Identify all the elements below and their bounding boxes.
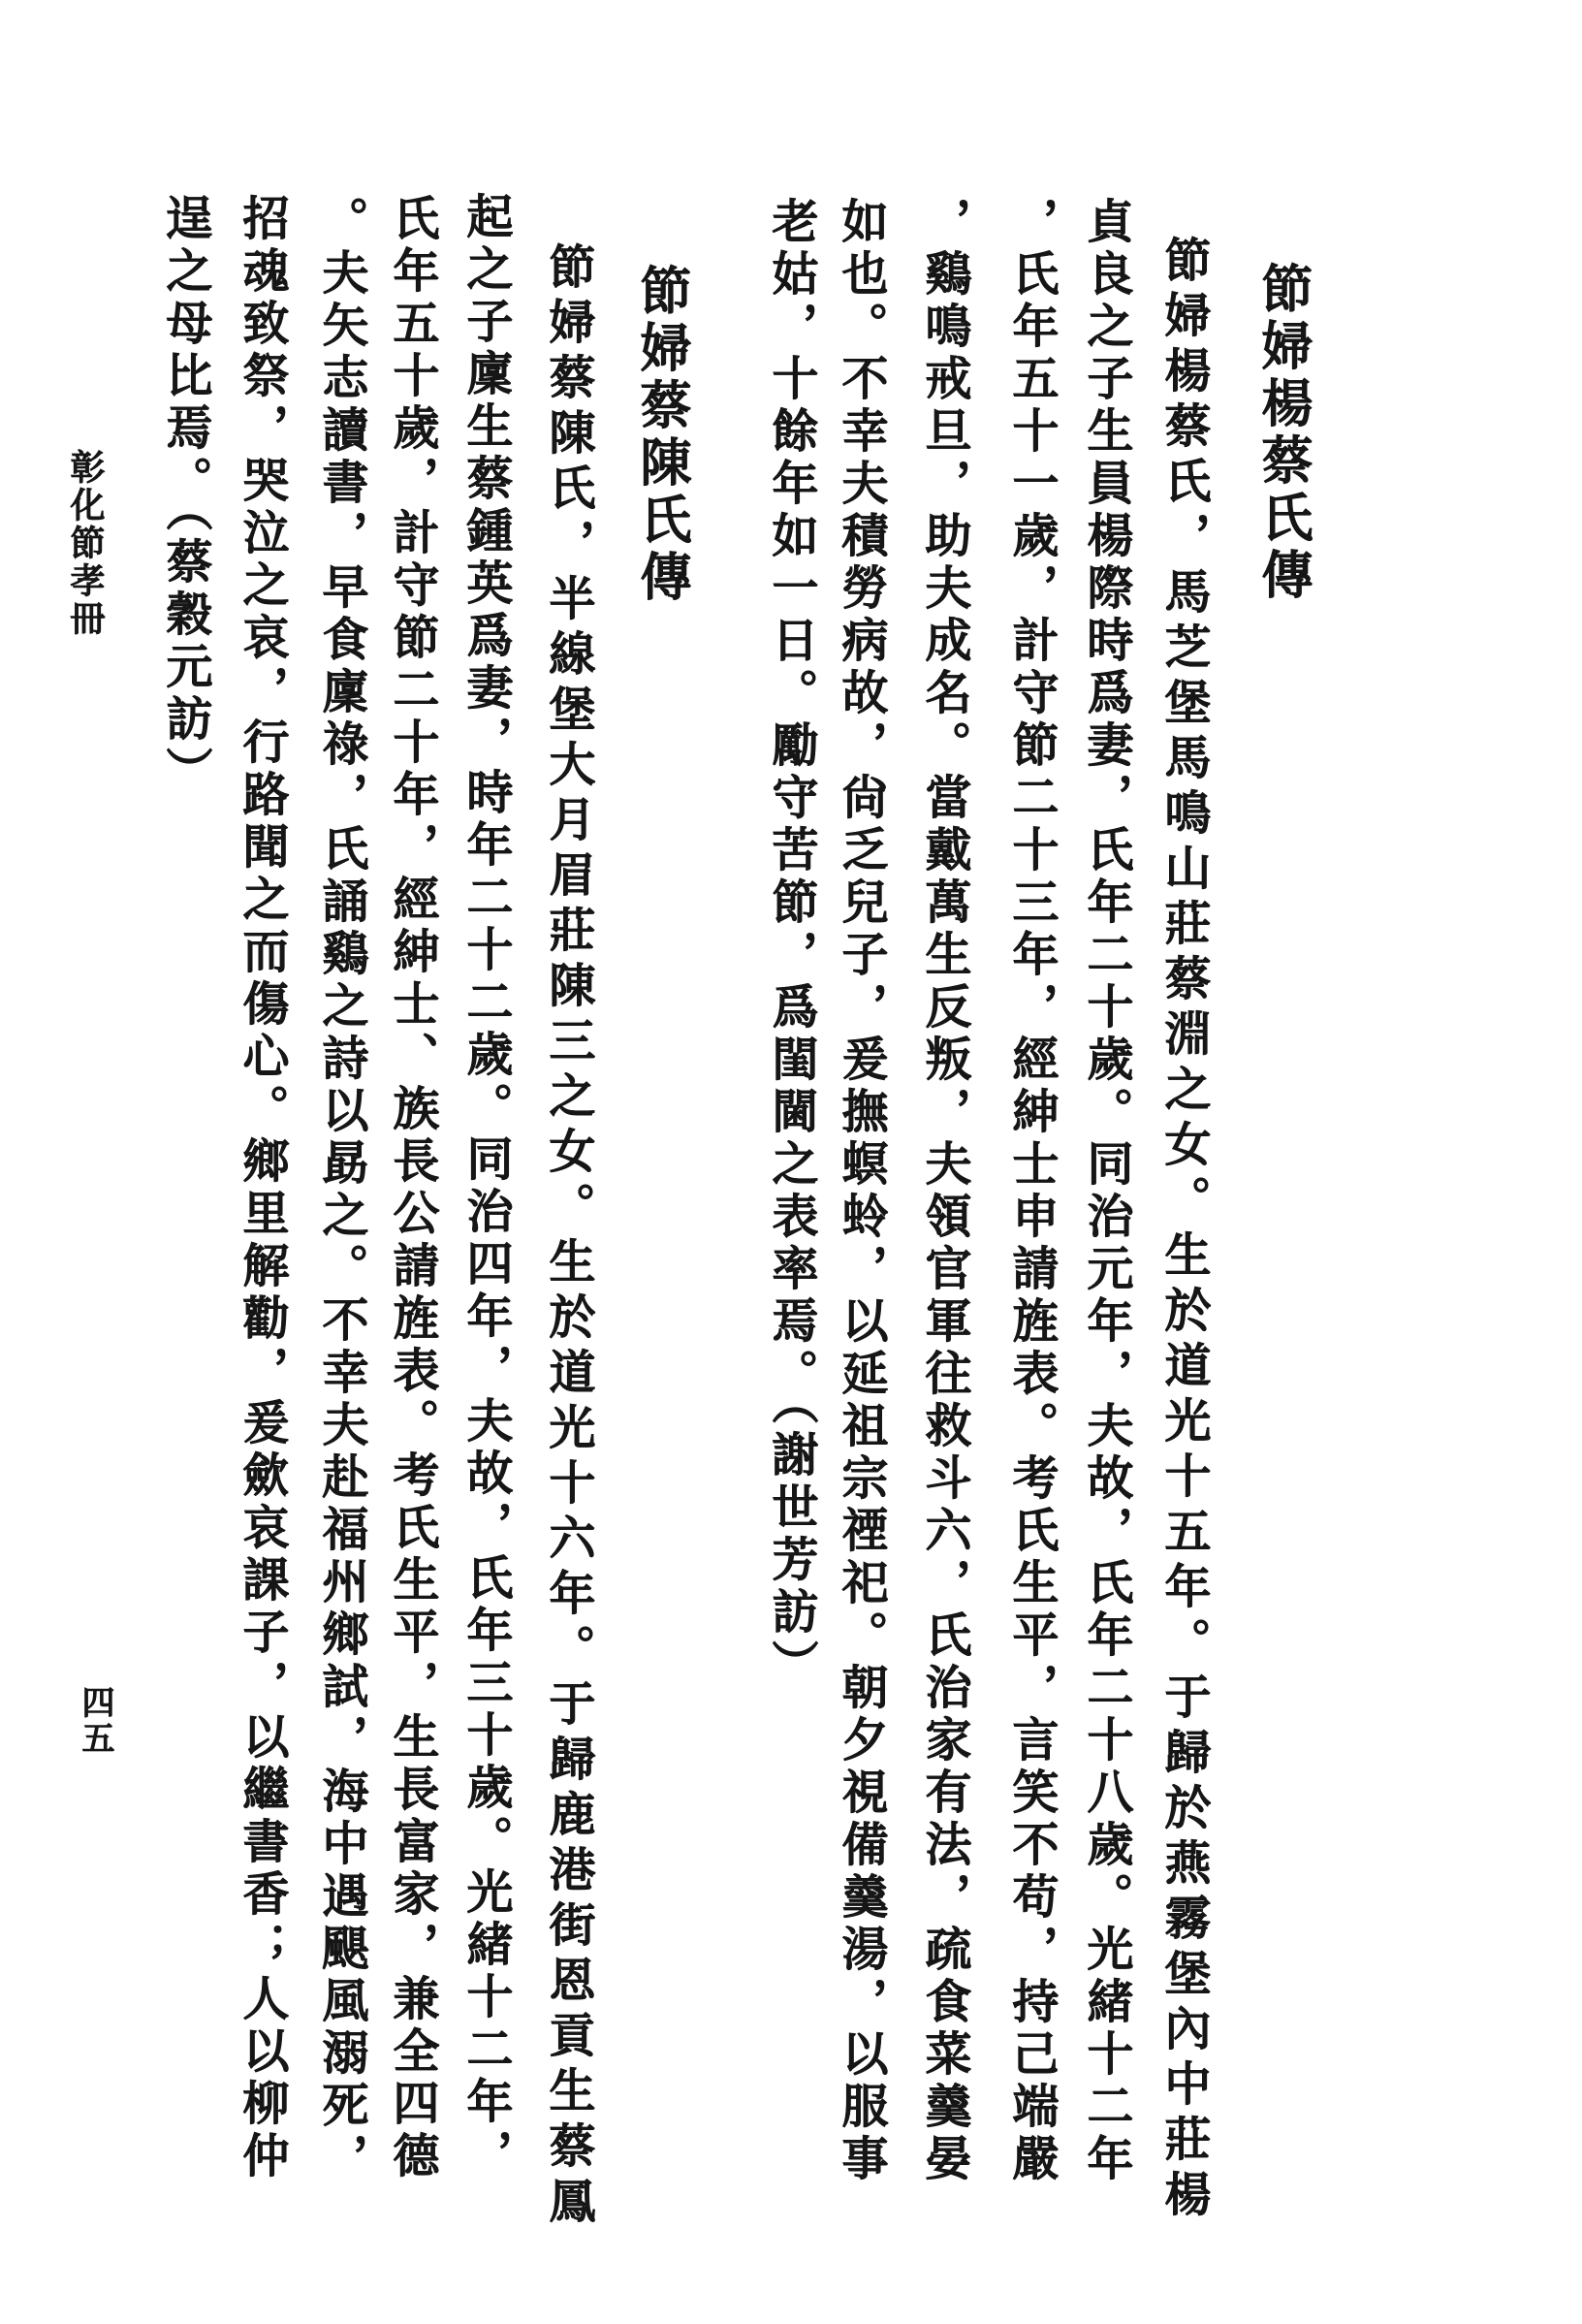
text-column: 節婦楊蔡氏，馬芝堡馬鳴山莊蔡淵之女。生於道光十五年。于歸於燕霧堡內中莊楊 bbox=[1150, 236, 1217, 2225]
text-column: ，鷄鳴戒旦，助夫成名。當戴萬生反叛，夫領官軍往救斗六，氏治家有法，疏食菜羹晏 bbox=[910, 197, 977, 2186]
text-column: 老姑，十餘年如一日。勵守苦節，爲閨閫之表率焉。（謝世芳訪） bbox=[757, 197, 824, 1692]
text-column: 氏年五十歲，計守節二十年，經紳士、族長公請旌表。考氏生平，生長富家，兼全四德 bbox=[378, 194, 445, 2183]
text-column: 節婦蔡陳氏，半線堡大月眉莊陳三之女。生於道光十六年。于歸鹿港街恩貢生蔡鳳 bbox=[534, 242, 601, 2232]
book-title: 彰化節孝冊 bbox=[61, 449, 111, 638]
page-number: 四五 bbox=[71, 1685, 118, 1757]
text-column: ，氏年五十一歲，計守節二十三年，經紳士申請旌表。考氏生平，言笑不苟，持己端嚴 bbox=[997, 197, 1064, 2186]
text-column: 如也。不幸夫積勞病故，尙乏兒子，爰撫螟蛉，以延祖宗禋祀。朝夕視備羹湯，以服事 bbox=[827, 197, 894, 2186]
text-column: 貞良之子生員楊際時爲妻，氏年二十歲。同治元年，夫故，氏年二十八歲。光緒十二年 bbox=[1072, 197, 1139, 2186]
section-title-1: 節婦楊蔡氏傳 bbox=[1246, 262, 1319, 605]
text-column: 。夫矢志讀書，早食廩祿，氏誦鷄之詩以勗之。不幸夫赴福州鄉試，海中遇颶風溺死， bbox=[307, 196, 374, 2185]
text-column: 招魂致祭，哭泣之哀，行路聞之而傷心。鄉里解勸，爰歛哀課子，以繼書香；人以柳仲 bbox=[228, 194, 295, 2183]
scanned-page: 節婦楊蔡氏傳 節婦楊蔡氏，馬芝堡馬鳴山莊蔡淵之女。生於道光十五年。于歸於燕霧堡內… bbox=[0, 0, 1582, 2324]
section-title-2: 節婦蔡陳氏傳 bbox=[624, 264, 698, 607]
text-column: 起之子廩生蔡鍾英爲妻，時年二十二歲。同治四年，夫故，氏年三十歲。光緒十二年， bbox=[452, 192, 519, 2181]
text-column: 逞之母比焉。（蔡穀元訪） bbox=[151, 194, 218, 799]
